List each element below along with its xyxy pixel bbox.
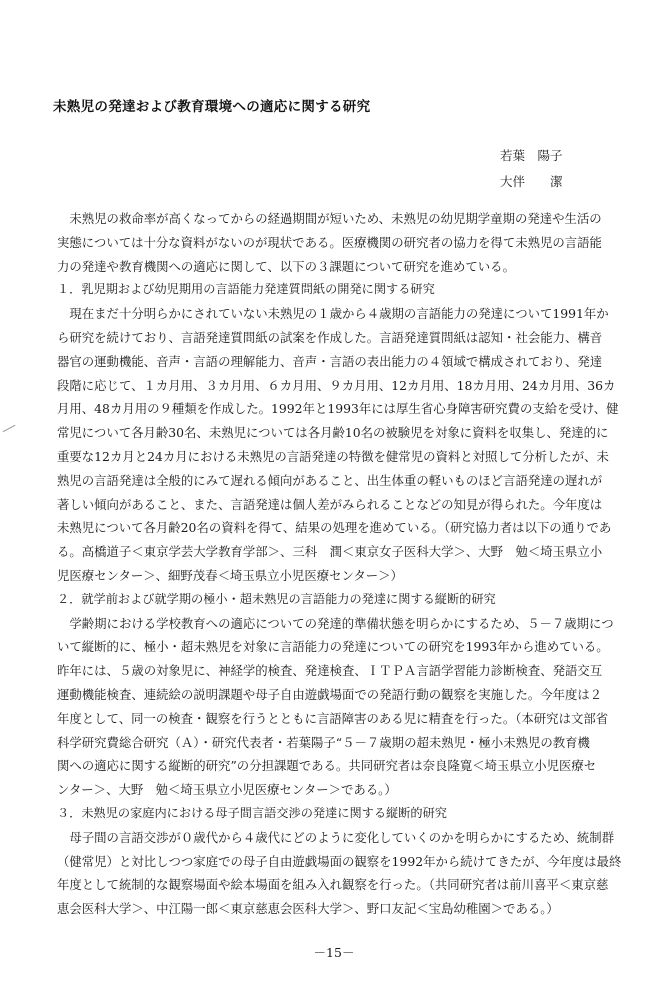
author-name: 若葉 陽子	[500, 143, 563, 169]
page-number: －15－	[0, 943, 668, 961]
paragraph-line: 年度として、同一の検査・観察を行うとともに言語障害のある児に精査を行った。（本研…	[57, 707, 617, 731]
paragraph-line: 恵会医科大学＞、中江陽一郎＜東京慈恵会医科大学＞、野口友記＜宝島幼稚園＞である。…	[57, 897, 617, 921]
paragraph-line: 科学研究費総合研究（Ａ）・研究代表者・若葉陽子“５－７歳期の超未熟児・極小未熟児…	[57, 731, 617, 755]
author-list: 若葉 陽子 大伴 潔	[500, 143, 563, 195]
paragraph-line: 現在まだ十分明らかにされていない未熟児の１歳から４歳期の言語能力の発達について1…	[57, 302, 617, 326]
paragraph-line: 器官の運動機能、音声・言語の理解能力、音声・言語の表出能力の４領域で構成されてお…	[57, 350, 617, 374]
author-name: 大伴 潔	[500, 169, 563, 195]
paragraph-line: ンター＞、大野 勉＜埼玉県立小児医療センター＞である。）	[57, 778, 617, 802]
paragraph-line: 母子間の言語交渉が０歳代から４歳代にどのように変化していくのかを明らかにするため…	[57, 826, 617, 850]
paragraph-line: 月用、48カ月用の９種類を作成した。1992年と1993年には厚生省心身障害研究…	[57, 397, 617, 421]
paragraph-line: る。高橋道子＜東京学芸大学教育学部＞、三科 潤＜東京女子医科大学＞、大野 勉＜埼…	[57, 540, 617, 564]
paragraph-line: 未熟児について各月齢20名の資料を得て、結果の処理を進めている。（研究協力者は以…	[57, 516, 617, 540]
paragraph-line: （健常児）と対比しつつ家庭での母子自由遊戯場面の観察を1992年から続けてきたが…	[57, 850, 617, 874]
paragraph-line: 年度として統制的な観察場面や絵本場面を組み入れ観察を行った。（共同研究者は前川喜…	[57, 873, 617, 897]
paragraph-line: 熟児の言語発達は全般的にみて遅れる傾向があること、出生体重の軽いものほど言語発達…	[57, 469, 617, 493]
paragraph-line: 児医療センター＞、細野茂春＜埼玉県立小児医療センター＞）	[57, 564, 617, 588]
paragraph-line: 力の発達や教育機関への適応に関して、以下の３課題について研究を進めている。	[57, 255, 617, 279]
paragraph-line: いて縦断的に、極小・超未熟児を対象に言語能力の発達についての研究を1993年から…	[57, 635, 617, 659]
section-heading: ２．就学前および就学期の極小・超未熟児の言語能力の発達に関する縦断的研究	[57, 588, 617, 612]
paragraph-line: 未熟児の救命率が高くなってからの経過期間が短いため、未熟児の幼児期学童期の発達や…	[57, 207, 617, 231]
scan-artifact-mark	[3, 425, 16, 432]
paragraph-line: 著しい傾向があること、また、言語発達は個人差がみられることなどの知見が得られた。…	[57, 493, 617, 517]
paragraph-line: 学齢期における学校教育への適応についての発達的準備状態を明らかにするため、５－７…	[57, 612, 617, 636]
paragraph-line: ら研究を続けており、言語発達質問紙の試案を作成した。言語発達質問紙は認知・社会能…	[57, 326, 617, 350]
document-page: 未熟児の発達および教育環境への適応に関する研究 若葉 陽子 大伴 潔 未熟児の救…	[0, 0, 668, 1008]
paragraph-line: 昨年には、５歳の対象児に、神経学的検査、発達検査、ＩＴＰＡ言語学習能力診断検査、…	[57, 659, 617, 683]
paragraph-line: 関への適応に関する縦断的研究”の分担課題である。共同研究者は奈良隆寛＜埼玉県立小…	[57, 754, 617, 778]
paragraph-line: 段階に応じて、１カ月用、３カ月用、６カ月用、９カ月用、12カ月用、18カ月用、2…	[57, 374, 617, 398]
paragraph-line: 運動機能検査、連続絵の説明課題や母子自由遊戯場面での発語行動の観察を実施した。今…	[57, 683, 617, 707]
paragraph-line: 重要な12カ月と24カ月における未熟児の言語発達の特徴を健常児の資料と対照して分…	[57, 445, 617, 469]
section-heading: １．乳児期および幼児期用の言語能力発達質問紙の開発に関する研究	[57, 278, 617, 302]
document-title: 未熟児の発達および教育環境への適応に関する研究	[53, 95, 370, 115]
section-heading: ３．未熟児の家庭内における母子間言語交渉の発達に関する縦断的研究	[57, 802, 617, 826]
paragraph-line: 常児について各月齢30名、未熟児については各月齢10名の被験児を対象に資料を収集…	[57, 421, 617, 445]
document-body: 未熟児の救命率が高くなってからの経過期間が短いため、未熟児の幼児期学童期の発達や…	[57, 207, 617, 921]
paragraph-line: 実態については十分な資料がないのが現状である。医療機関の研究者の協力を得て未熟児…	[57, 231, 617, 255]
